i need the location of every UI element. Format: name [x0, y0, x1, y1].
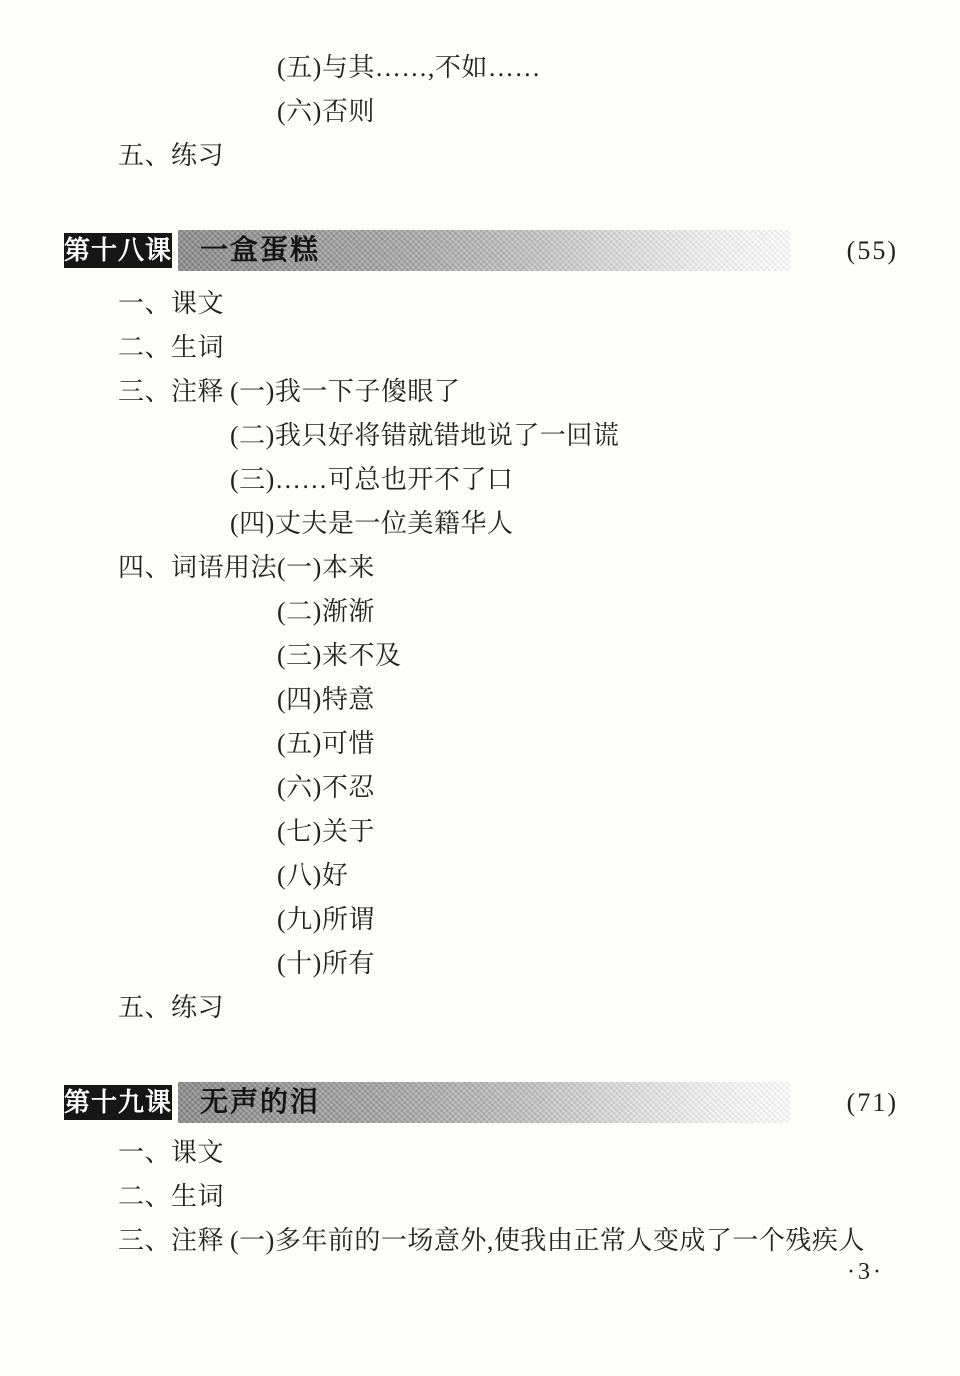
lesson-header: 第十九课 无声的泪 (71) — [0, 1082, 960, 1123]
toc-line: 一、课文 — [0, 282, 960, 326]
toc-line-text: (六)不忍 — [277, 766, 375, 810]
toc-line-text: (四)特意 — [277, 678, 375, 722]
toc-line: 五、练习 — [0, 134, 960, 178]
lesson-page-ref: (55) — [847, 230, 898, 271]
lesson-badge: 第十八课 — [64, 233, 172, 268]
toc-line: (九)所谓 — [0, 898, 960, 942]
toc-line: 一、课文 — [0, 1131, 960, 1175]
lesson-badge: 第十九课 — [64, 1085, 172, 1120]
toc-line: 五、练习 — [0, 986, 960, 1030]
toc-line-label: 一、课文 — [118, 282, 224, 326]
toc-line-text: (八)好 — [277, 854, 348, 898]
lesson-18-entries: 一、课文二、生词三、注释(一)我一下子傻眼了(二)我只好将错就错地说了一回谎(三… — [0, 282, 960, 1030]
toc-line-text: (一)本来 — [277, 546, 375, 590]
toc-line: (七)关于 — [0, 810, 960, 854]
toc-line-label: 五、练习 — [118, 134, 224, 178]
toc-line-text: (二)渐渐 — [277, 590, 375, 634]
toc-line: (四)丈夫是一位美籍华人 — [0, 502, 960, 546]
lesson-title: 一盒蛋糕 — [200, 230, 320, 271]
toc-line-label: 三、注释 — [118, 1219, 224, 1263]
toc-line-text: (五)可惜 — [277, 722, 375, 766]
toc-line-text: (九)所谓 — [277, 898, 375, 942]
toc-line-label: 二、生词 — [118, 326, 224, 370]
toc-line: (四)特意 — [0, 678, 960, 722]
toc-line-text: (二)我只好将错就错地说了一回谎 — [230, 414, 619, 458]
toc-line: 三、注释(一)多年前的一场意外,使我由正常人变成了一个残疾人 — [0, 1219, 960, 1263]
toc-line: (二)我只好将错就错地说了一回谎 — [0, 414, 960, 458]
toc-line-text: (四)丈夫是一位美籍华人 — [230, 502, 513, 546]
toc-line-text: (三)……可总也开不了口 — [230, 458, 513, 502]
toc-line-text: (三)来不及 — [277, 634, 401, 678]
toc-line: (五)可惜 — [0, 722, 960, 766]
toc-line: (三)……可总也开不了口 — [0, 458, 960, 502]
toc-line-text: (五)与其……,不如…… — [277, 46, 541, 90]
toc-line: (十)所有 — [0, 942, 960, 986]
toc-line: (八)好 — [0, 854, 960, 898]
lesson-19-entries: 一、课文二、生词三、注释(一)多年前的一场意外,使我由正常人变成了一个残疾人 — [0, 1131, 960, 1263]
toc-line-label: 五、练习 — [118, 986, 224, 1030]
toc-line: (六)否则 — [0, 90, 960, 134]
lesson-page-ref: (71) — [847, 1082, 898, 1123]
toc-page: (五)与其……,不如……(六)否则五、练习 第十八课 一盒蛋糕 (55) 一、课… — [0, 0, 960, 1376]
toc-line-label: 四、词语用法 — [118, 546, 277, 590]
toc-line-text: (十)所有 — [277, 942, 375, 986]
toc-line: (三)来不及 — [0, 634, 960, 678]
toc-continuation-block: (五)与其……,不如……(六)否则五、练习 — [0, 46, 960, 178]
lesson-header-bar: 一盒蛋糕 — [178, 230, 790, 271]
lesson-header: 第十八课 一盒蛋糕 (55) — [0, 230, 960, 271]
toc-line-label: 三、注释 — [118, 370, 224, 414]
toc-line: 二、生词 — [0, 326, 960, 370]
toc-line: (六)不忍 — [0, 766, 960, 810]
lesson-header-bar: 无声的泪 — [178, 1082, 790, 1123]
toc-line-text: (一)多年前的一场意外,使我由正常人变成了一个残疾人 — [230, 1219, 865, 1263]
toc-line-text: (六)否则 — [277, 90, 375, 134]
toc-line-text: (一)我一下子傻眼了 — [230, 370, 460, 414]
toc-line: 三、注释(一)我一下子傻眼了 — [0, 370, 960, 414]
toc-line: 二、生词 — [0, 1175, 960, 1219]
lesson-title: 无声的泪 — [200, 1082, 320, 1123]
toc-line-label: 二、生词 — [118, 1175, 224, 1219]
toc-line: 四、词语用法(一)本来 — [0, 546, 960, 590]
toc-line-label: 一、课文 — [118, 1131, 224, 1175]
toc-line: (五)与其……,不如…… — [0, 46, 960, 90]
toc-line: (二)渐渐 — [0, 590, 960, 634]
toc-line-text: (七)关于 — [277, 810, 375, 854]
page-number: ·3· — [847, 1257, 884, 1287]
